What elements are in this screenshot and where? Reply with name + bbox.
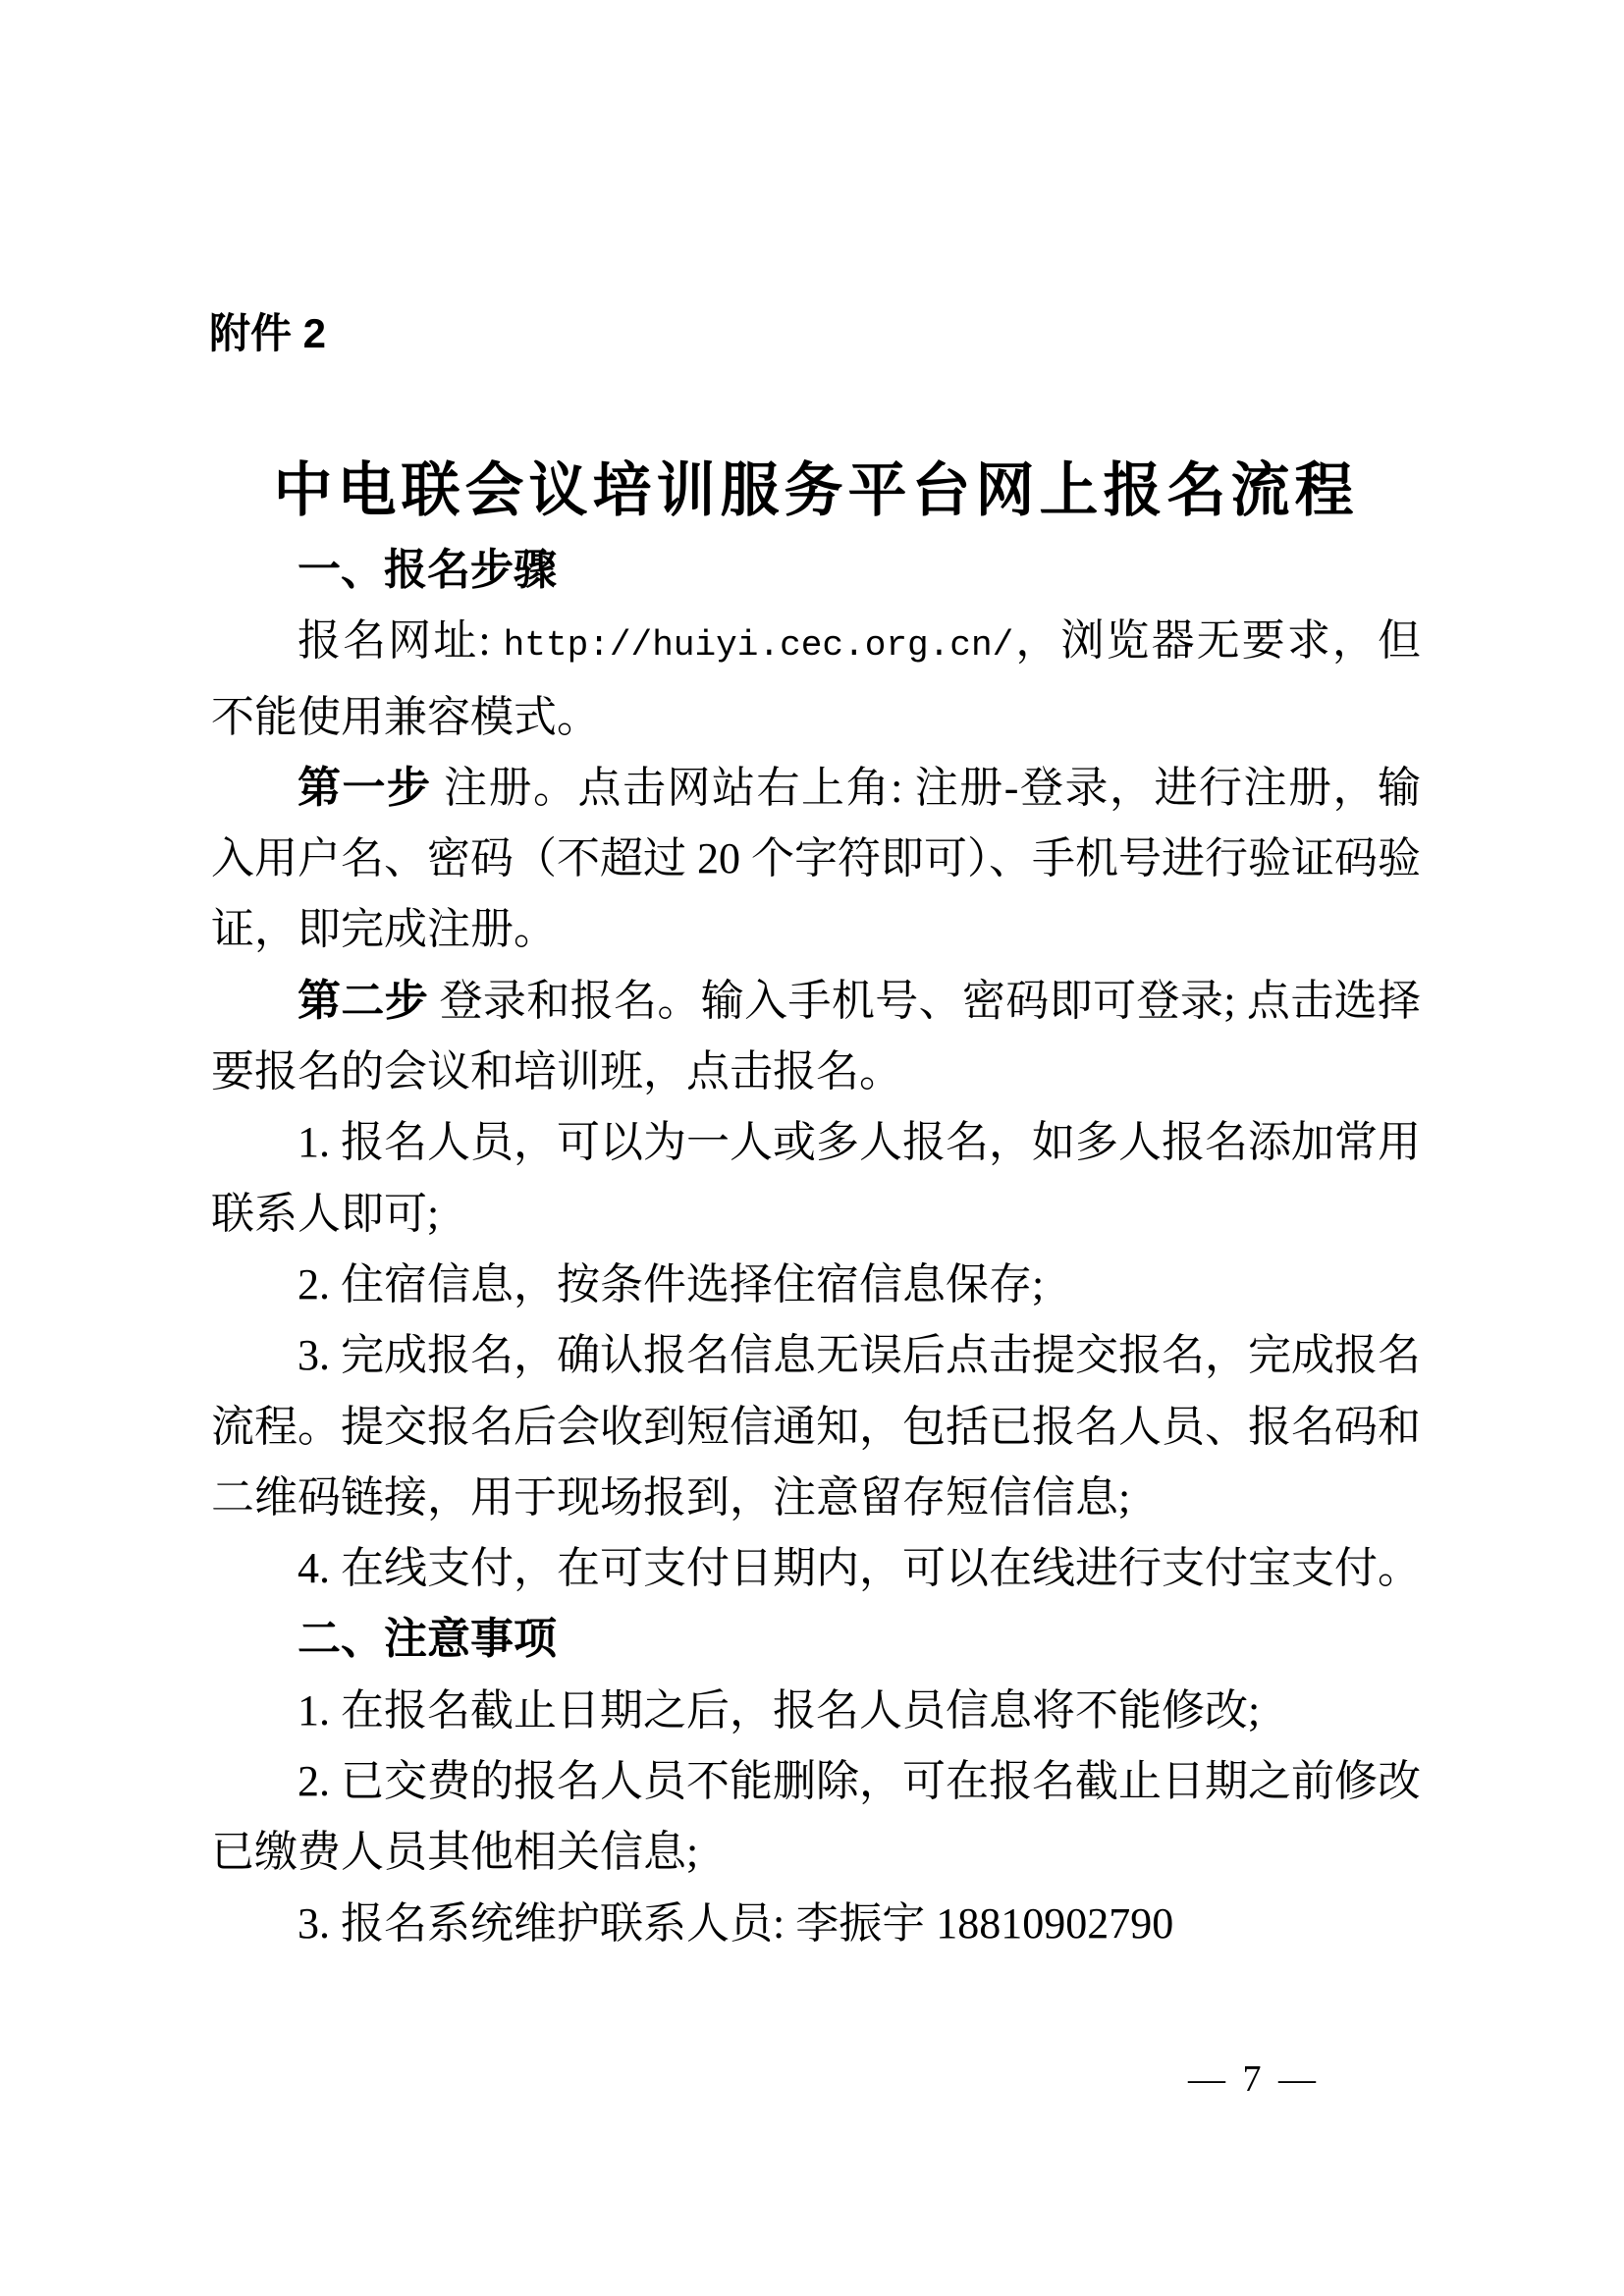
body-text: 3. 报名系统维护联系人员: 李振宇 18810902790 <box>298 1899 1173 1948</box>
body-text: 4. 在线支付，在可支付日期内，可以在线进行支付宝支付。 <box>298 1544 1421 1592</box>
body-text: 2. 已交费的报名人员不能删除，可在报名截止日期之前修改已缴费人员其他相关信息; <box>211 1757 1421 1876</box>
paragraph: 3. 完成报名，确认报名信息无误后点击提交报名，完成报名流程。提交报名后会收到短… <box>211 1320 1421 1533</box>
paragraph: 报名网址: http://huiyi.cec.org.cn/，浏览器无要求，但不… <box>211 606 1421 753</box>
document-title: 中电联会议培训服务平台网上报名流程 <box>211 453 1421 529</box>
paragraph: 1. 报名人员，可以为一人或多人报名，如多人报名添加常用联系人即可; <box>211 1107 1421 1250</box>
body-text: 1. 报名人员，可以为一人或多人报名，如多人报名添加常用联系人即可; <box>211 1118 1421 1237</box>
paragraph: 4. 在线支付，在可支付日期内，可以在线进行支付宝支付。 <box>211 1533 1421 1604</box>
document-page: 附件 2 中电联会议培训服务平台网上报名流程 一、报名步骤报名网址: http:… <box>0 0 1624 2296</box>
paragraph: 3. 报名系统维护联系人员: 李振宇 18810902790 <box>211 1889 1421 1959</box>
paragraph: 2. 已交费的报名人员不能删除，可在报名截止日期之前修改已缴费人员其他相关信息; <box>211 1746 1421 1889</box>
paragraph: 第二步 登录和报名。输入手机号、密码即可登录; 点击选择要报名的会议和培训班，点… <box>211 966 1421 1108</box>
url-text: http://huiyi.cec.org.cn/ <box>504 625 1014 666</box>
paragraph: 1. 在报名截止日期之后，报名人员信息将不能修改; <box>211 1676 1421 1746</box>
body-text: 报名网址: <box>298 616 504 665</box>
attachment-label: 附件 2 <box>209 310 326 357</box>
section-heading: 二、注意事项 <box>211 1604 1421 1675</box>
body-text: 2. 住宿信息，按条件选择住宿信息保存; <box>298 1260 1044 1308</box>
step-label: 第二步 <box>298 977 428 1025</box>
document-body: 一、报名步骤报名网址: http://huiyi.cec.org.cn/，浏览器… <box>211 535 1421 1959</box>
body-text: 1. 在报名截止日期之后，报名人员信息将不能修改; <box>298 1686 1260 1735</box>
paragraph: 2. 住宿信息，按条件选择住宿信息保存; <box>211 1250 1421 1320</box>
paragraph: 第一步 注册。点击网站右上角: 注册-登录，进行注册，输入用户名、密码（不超过 … <box>211 753 1421 966</box>
page-number: — 7 — <box>1188 2056 1320 2103</box>
body-text: 3. 完成报名，确认报名信息无误后点击提交报名，完成报名流程。提交报名后会收到短… <box>211 1331 1421 1522</box>
step-label: 第一步 <box>298 764 432 812</box>
section-heading: 一、报名步骤 <box>211 535 1421 606</box>
